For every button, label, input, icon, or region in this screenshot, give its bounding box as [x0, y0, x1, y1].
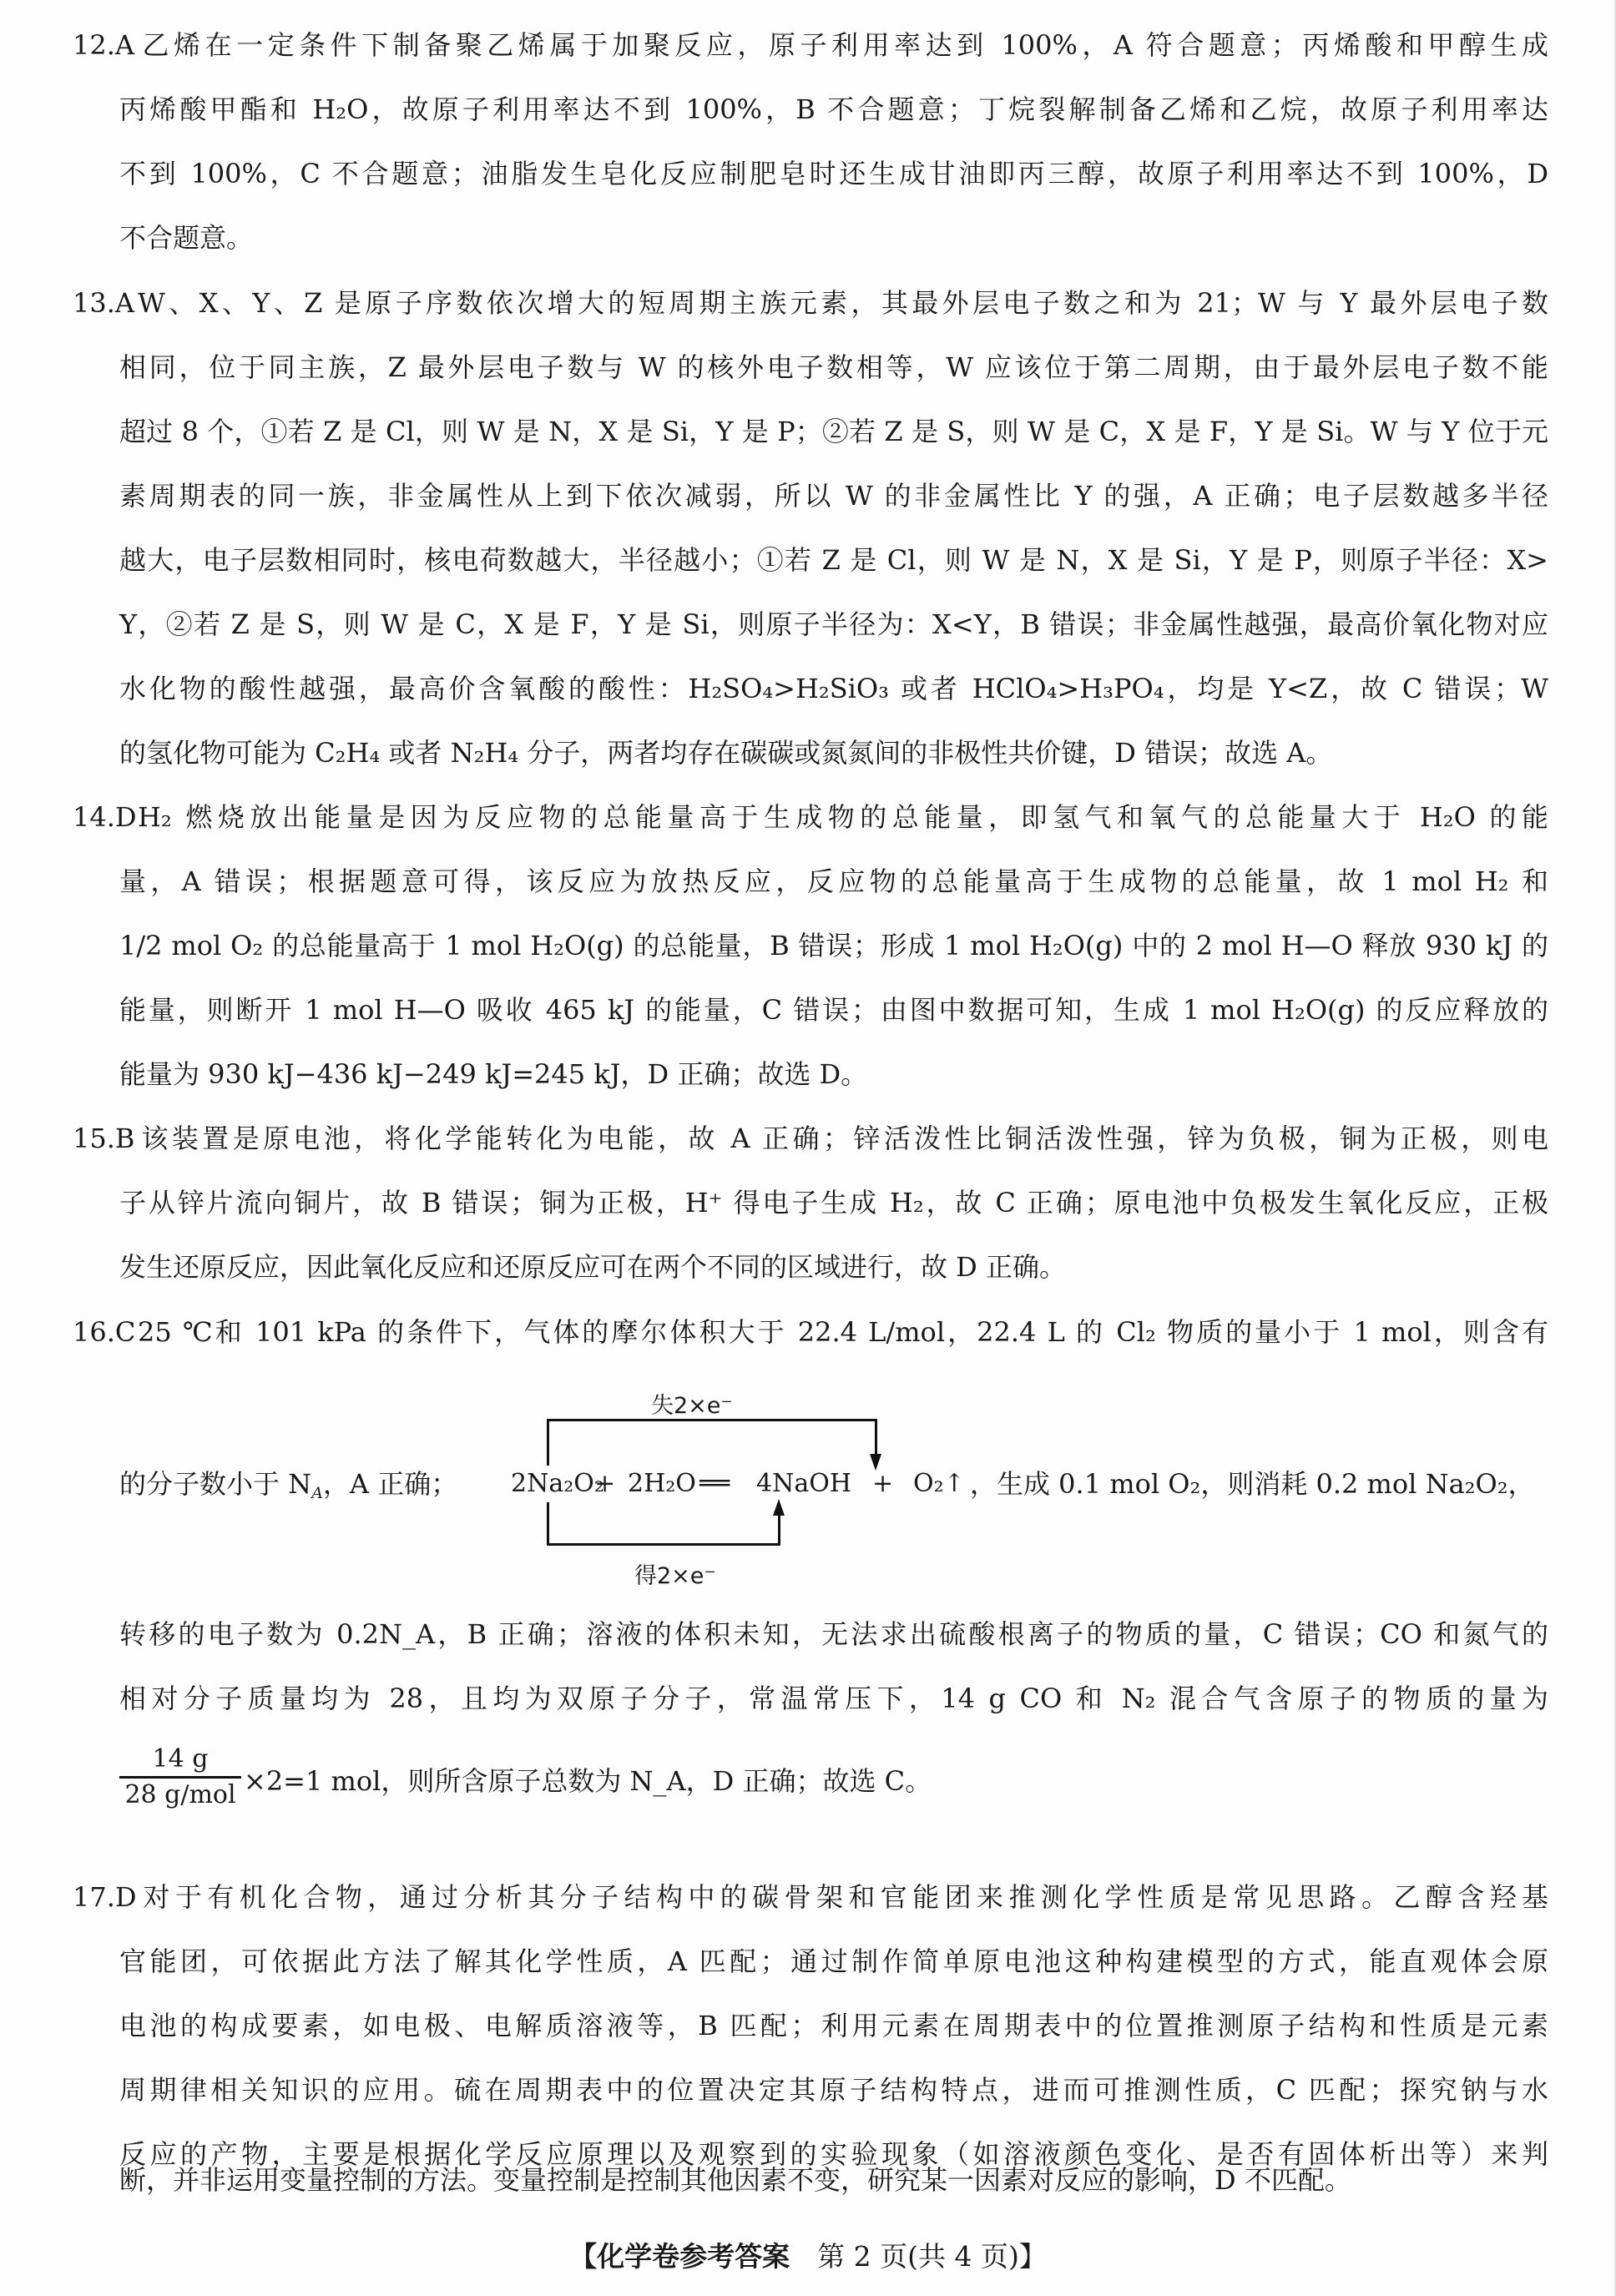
question-line: Y，②若 Z 是 S，则 W 是 C，X 是 F，Y 是 Si，则原子半径为：X… [119, 606, 1548, 643]
fraction: 14 g 28 g/mol [119, 1743, 241, 1812]
product-naoh: 4NaOH [756, 1466, 851, 1502]
question-number: 15.B [73, 1120, 138, 1157]
reactant-h2o: 2H₂O [628, 1466, 696, 1502]
question-line: 相同，位于同主族，Z 最外层电子数与 W 的核外电子数相等，W 应该位于第二周期… [119, 349, 1548, 386]
question-line: 丙烯酸甲酯和 H₂O，故原子利用率达不到 100%，B 不合题意；丁烷裂解制备乙… [119, 91, 1548, 128]
question-line: 周期律相关知识的应用。硫在周期表中的位置决定其原子结构特点，进而可推测性质，C … [119, 2071, 1548, 2108]
question-line: 相对分子质量均为 28，且均为双原子分子，常温常压下，14 g CO 和 N₂ … [119, 1680, 1548, 1717]
question-line: 能量，则断开 1 mol H—O 吸收 465 kJ 的能量，C 错误；由图中数… [119, 992, 1548, 1028]
lose-bracket-top [547, 1419, 877, 1421]
gain-bracket-right [778, 1512, 780, 1546]
gain-electrons-label: 得2×e⁻ [634, 1557, 716, 1590]
question-line: 13.AW、X、Y、Z 是原子序数依次增大的短周期主族元素，其最外层电子数之和为… [73, 285, 1548, 321]
equation-prefix: 的分子数小于 NA，A 正确； [119, 1466, 457, 1502]
question-line: 水化物的酸性越强，最高价含氧酸的酸性：H₂SO₄>H₂SiO₃ 或者 HClO₄… [119, 670, 1548, 707]
question-line: 15.B该装置是原电池，将化学能转化为电能，故 A 正确；锌活泼性比铜活泼性强，… [73, 1120, 1548, 1157]
question-line: 不到 100%，C 不合题意；油脂发生皂化反应制肥皂时还生成甘油即丙三醇，故原子… [119, 155, 1548, 192]
question-line: 发生还原反应，因此氧化反应和还原反应可在两个不同的区域进行，故 D 正确。 [119, 1249, 1548, 1285]
reactant-na2o2: 2Na₂O₂ [511, 1466, 604, 1502]
question-line: 12.A乙烯在一定条件下制备聚乙烯属于加聚反应，原子利用率达到 100%，A 符… [73, 27, 1548, 63]
page-number: 第 2 页(共 4 页)】 [817, 2240, 1047, 2273]
plus-sign: + [872, 1466, 893, 1502]
fraction-denominator: 28 g/mol [119, 1779, 241, 1812]
page-footer: 【化学卷参考答案 第 2 页(共 4 页)】 [0, 2235, 1616, 2274]
equals-sign: ══ [699, 1466, 730, 1502]
gain-bracket-left [547, 1502, 549, 1546]
question-line: 16.C25 ℃和 101 kPa 的条件下，气体的摩尔体积大于 22.4 L/… [73, 1314, 1548, 1350]
question-line: 不合题意。 [119, 220, 1548, 256]
question-line: 电池的构成要素，如电极、电解质溶液等，B 匹配；利用元素在周期表中的位置推测原子… [119, 2007, 1548, 2044]
question-line: 1/2 mol O₂ 的总能量高于 1 mol H₂O(g) 的总能量，B 错误… [119, 927, 1548, 964]
question-line: 14.DH₂ 燃烧放出能量是因为反应物的总能量高于生成物的总能量，即氢气和氧气的… [73, 799, 1548, 835]
lose-bracket-left [547, 1419, 549, 1466]
question-number: 12.A [73, 27, 138, 63]
question-line: 量，A 错误；根据题意可得，该反应为放热反应，反应物的总能量高于生成物的总能量，… [119, 863, 1548, 900]
question-number: 14.D [73, 799, 138, 835]
question-line: 越大，电子层数相同时，核电荷数越大，半径越小；①若 Z 是 Cl，则 W 是 N… [119, 542, 1548, 578]
question-number: 16.C [73, 1314, 138, 1350]
question-line: 能量为 930 kJ−436 kJ−249 kJ=245 kJ，D 正确；故选 … [119, 1056, 1548, 1092]
question-line: 素周期表的同一族，非金属性从上到下依次减弱，所以 W 的非金属性比 Y 的强，A… [119, 477, 1548, 514]
fraction-numerator: 14 g [119, 1743, 241, 1776]
equation-suffix: ，生成 0.1 mol O₂，则消耗 0.2 mol Na₂O₂， [970, 1466, 1535, 1502]
question-line: 转移的电子数为 0.2N_A，B 正确；溶液的体积未知，无法求出硫酸根离子的物质… [119, 1616, 1548, 1653]
gain-bracket-bottom [547, 1543, 780, 1546]
question-line: 17.D对于有机化合物，通过分析其分子结构中的碳骨架和官能团来推测化学性质是常见… [73, 1879, 1548, 1915]
question-line: 的氢化物可能为 C₂H₄ 或者 N₂H₄ 分子，两者均存在碳碳或氮氮间的非极性共… [119, 734, 1548, 771]
question-line: 子从锌片流向铜片，故 B 错误；铜为正极，H⁺ 得电子生成 H₂，故 C 正确；… [119, 1184, 1548, 1221]
question-number: 13.A [73, 285, 138, 321]
lose-electrons-label: 失2×e⁻ [651, 1387, 733, 1420]
question-line: 官能团，可依据此方法了解其化学性质，A 匹配；通过制作简单原电池这种构建模型的方… [119, 1943, 1548, 1980]
plus-sign: + [594, 1466, 615, 1502]
fraction-tail: ×2=1 mol，则所含原子总数为 N_A，D 正确；故选 C。 [244, 1763, 932, 1799]
question-line: 超过 8 个，①若 Z 是 Cl，则 W 是 N，X 是 Si，Y 是 P；②若… [119, 413, 1548, 450]
question-line: 断，并非运用变量控制的方法。变量控制是控制其他因素不变，研究某一因素对反应的影响… [119, 2162, 1548, 2198]
footer-title: 【化学卷参考答案 [569, 2240, 790, 2273]
question-number: 17.D [73, 1879, 138, 1915]
product-o2: O₂↑ [913, 1466, 965, 1502]
lose-bracket-right [875, 1419, 877, 1456]
